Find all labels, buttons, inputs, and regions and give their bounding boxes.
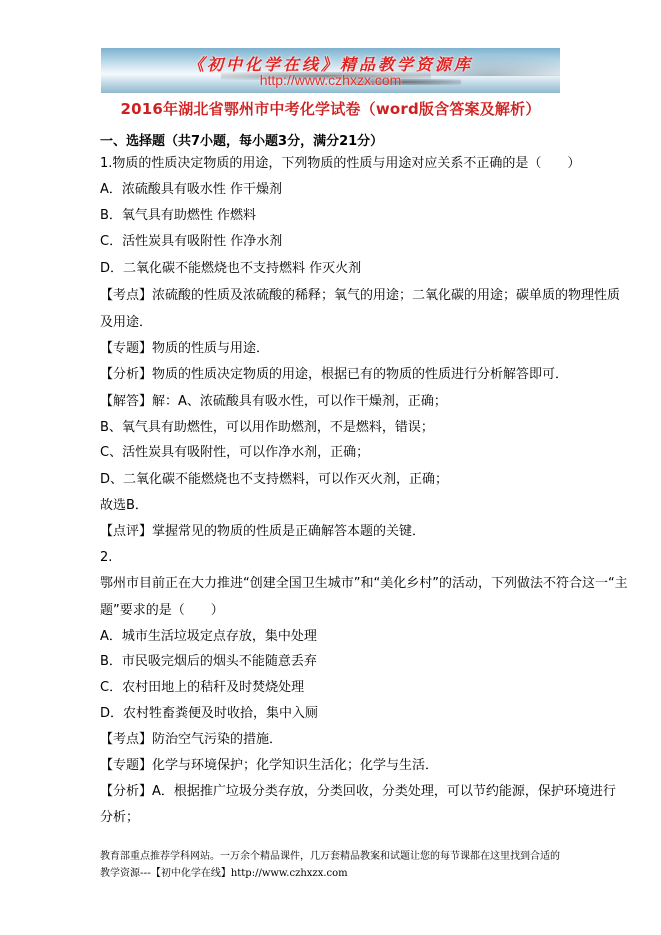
question-2-option-a: A．城市生活垃圾定点存放，集中处理 xyxy=(100,629,317,645)
question-1-zhuanti: 【专题】物质的性质与用途． xyxy=(100,341,269,357)
question-1-option-a: A．浓硫酸具有吸水性 作干燥剂 xyxy=(100,182,282,198)
question-2-option-b: B．市民吸完烟后的烟头不能随意丢弃 xyxy=(100,654,317,670)
question-2-number: 2. xyxy=(100,550,112,566)
question-1-kaodian: 【考点】浓硫酸的性质及浓硫酸的稀释；氧气的用途；二氧化碳的用途；碳单质的物理性质 xyxy=(100,288,620,304)
header-banner-image: 《初中化学在线》精品教学资源库 http://www.czhxzx.com xyxy=(101,48,560,93)
question-1-kaodian-cont: 及用途． xyxy=(100,315,152,331)
question-2-kaodian: 【考点】防治空气污染的措施． xyxy=(100,732,282,748)
question-1-jieda-d: D、二氧化碳不能燃烧也不支持燃料，可以作灭火剂，正确； xyxy=(100,472,448,488)
section-heading: 一、选择题（共7小题，每小题3分，满分21分） xyxy=(100,134,383,150)
banner-url-text: http://www.czhxzx.com xyxy=(101,72,560,88)
question-2-fenxi-cont: 分析； xyxy=(100,810,139,826)
question-1-option-c: C．活性炭具有吸附性 作净水剂 xyxy=(100,234,282,250)
question-1-dianping: 【点评】掌握常见的物质的性质是正确解答本题的关键． xyxy=(100,524,425,540)
question-2-zhuanti: 【专题】化学与环境保护；化学知识生活化；化学与生活． xyxy=(100,758,438,774)
footer-promo-text: 教育部重点推荐学科网站。一万余个精品课件，几万套精品教案和试题让您的每节课都在这… xyxy=(100,851,560,863)
question-1-fenxi: 【分析】物质的性质决定物质的用途，根据已有的物质的性质进行分析解答即可． xyxy=(100,367,568,383)
question-2-fenxi: 【分析】A．根据推广垃圾分类存放，分类回收，分类处理，可以节约能源，保护环境进行 xyxy=(100,784,616,800)
question-1-jieda-c: C、活性炭具有吸附性，可以作净水剂，正确； xyxy=(100,445,369,461)
question-1-jieda-b: B、氧气具有助燃性，可以用作助燃剂，不是燃料，错误； xyxy=(100,420,434,436)
question-2-option-d: D．农村牲畜粪便及时收拾，集中入厕 xyxy=(100,706,318,722)
question-2-stem-cont: 题”要求的是（ ） xyxy=(100,603,224,619)
question-1-answer: 故选B． xyxy=(100,498,148,514)
question-1-option-d: D．二氧化碳不能燃烧也不支持燃料 作灭火剂 xyxy=(100,261,361,277)
question-1-stem: 1.物质的性质决定物质的用途，下列物质的性质与用途对应关系不正确的是（ ） xyxy=(100,156,580,172)
footer-source-line: 教学资源---【初中化学在线】http://www.czhxzx.com xyxy=(100,868,348,880)
question-2-stem: 鄂州市目前正在大力推进“创建全国卫生城市”和“美化乡村”的活动，下列做法不符合这… xyxy=(100,576,628,592)
question-1-option-b: B．氧气具有助燃性 作燃料 xyxy=(100,208,256,224)
document-title: 2016年湖北省鄂州市中考化学试卷（word版含答案及解析） xyxy=(0,98,661,119)
question-1-jieda: 【解答】解：A、浓硫酸具有吸水性，可以作干燥剂，正确； xyxy=(100,394,447,410)
footer-source-label: 教学资源---【初中化学在线】 xyxy=(100,868,231,879)
footer-url-link[interactable]: http://www.czhxzx.com xyxy=(231,868,348,879)
question-2-option-c: C．农村田地上的秸秆及时焚烧处理 xyxy=(100,680,304,696)
